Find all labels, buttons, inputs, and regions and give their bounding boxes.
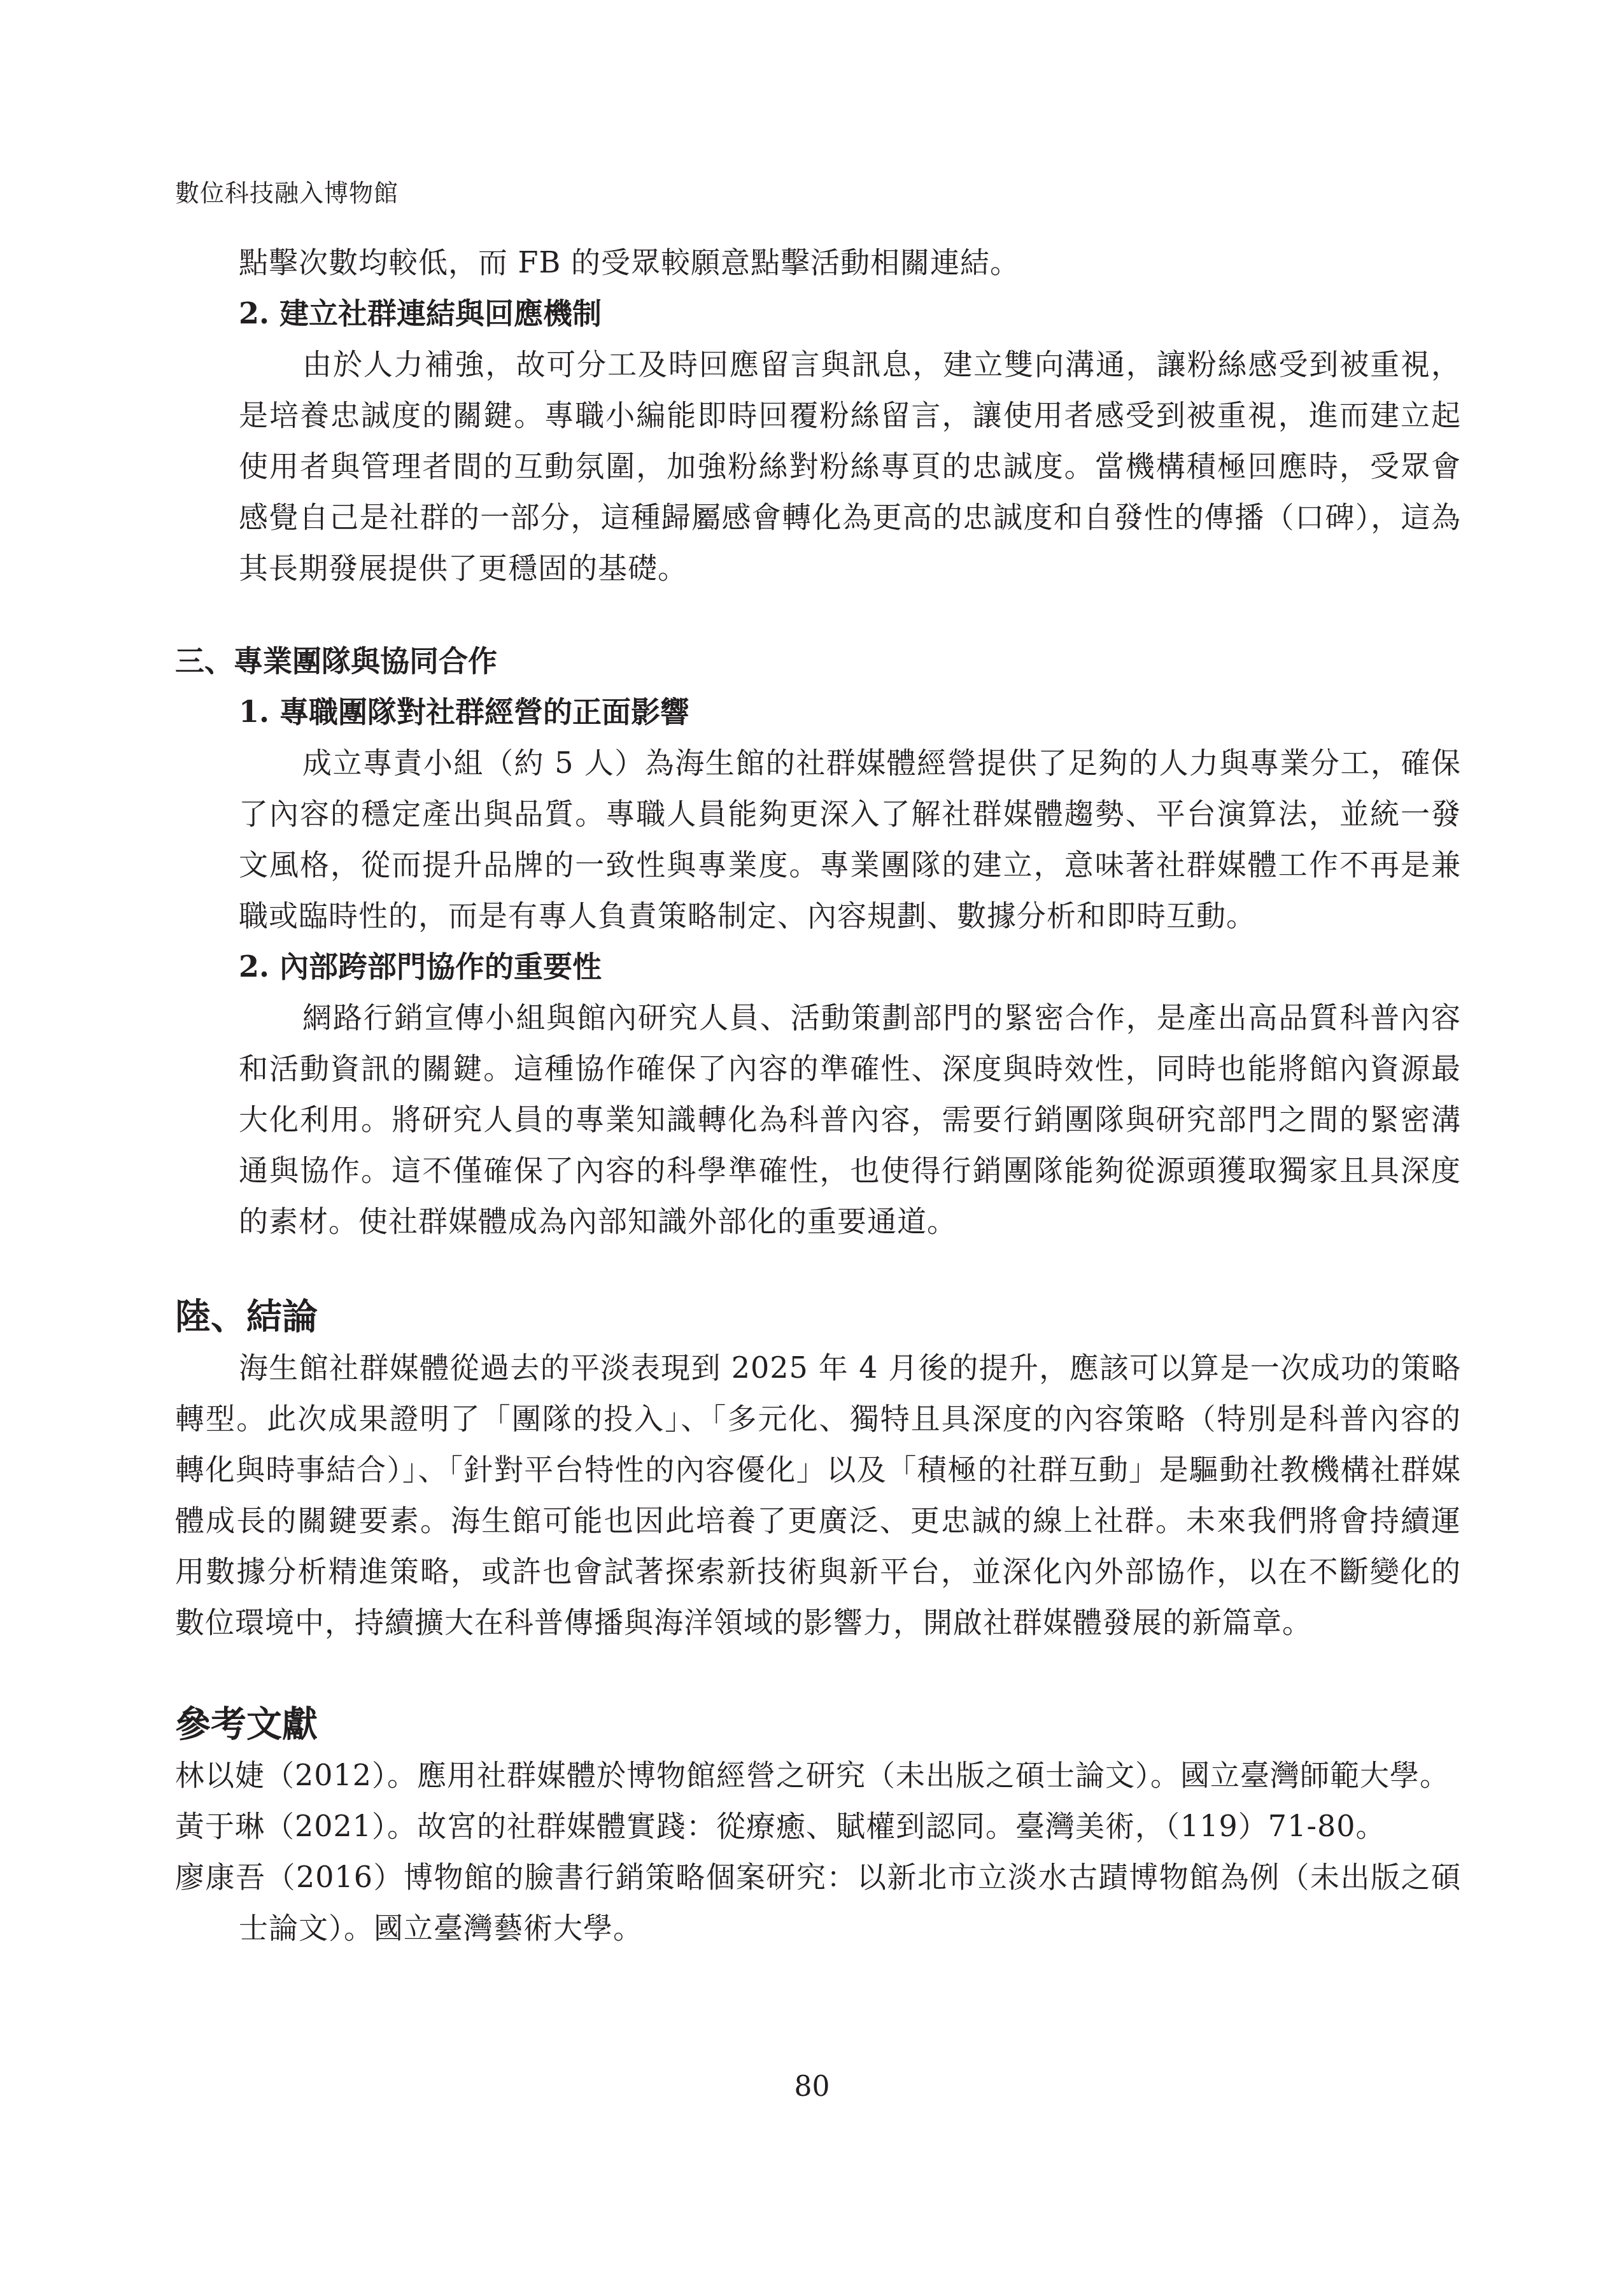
conclusion-heading: 陸、結論: [175, 1291, 1461, 1342]
body-paragraph: 網路行銷宣傳小組與館內研究人員、活動策劃部門的緊密合作，是產出高品質科普內容和活…: [239, 992, 1461, 1247]
body-paragraph: 成立專責小組（約 5 人）為海生館的社群媒體經營提供了足夠的人力與專業分工，確保…: [239, 737, 1461, 941]
reference-entry: 林以婕（2012）。應用社群媒體於博物館經營之研究（未出版之碩士論文）。國立臺灣…: [175, 1750, 1461, 1800]
reference-entry: 黃于琳（2021）。故宮的社群媒體實踐：從療癒、賦權到認同。臺灣美術，（119）…: [175, 1800, 1461, 1851]
section-heading: 三、專業團隊與協同合作: [175, 635, 1461, 686]
subsection-heading: 1. 專職團隊對社群經營的正面影響: [239, 686, 1461, 737]
reference-entry: 廖康吾（2016）博物館的臉書行銷策略個案研究：以新北市立淡水古蹟博物館為例（未…: [175, 1851, 1461, 1953]
references-heading: 參考文獻: [175, 1699, 1461, 1750]
continuation-paragraph: 點擊次數均較低，而 FB 的受眾較願意點擊活動相關連結。: [239, 237, 1461, 288]
conclusion-paragraph: 海生館社群媒體從過去的平淡表現到 2025 年 4 月後的提升，應該可以算是一次…: [175, 1342, 1461, 1648]
subsection-heading: 2. 內部跨部門協作的重要性: [239, 941, 1461, 992]
body-paragraph: 由於人力補強，故可分工及時回應留言與訊息，建立雙向溝通，讓粉絲感受到被重視，是培…: [239, 339, 1461, 593]
running-header: 數位科技融入博物館: [175, 173, 399, 208]
subsection-heading: 2. 建立社群連結與回應機制: [239, 288, 1461, 339]
reference-list: 林以婕（2012）。應用社群媒體於博物館經營之研究（未出版之碩士論文）。國立臺灣…: [175, 1750, 1461, 1953]
page-body: 點擊次數均較低，而 FB 的受眾較願意點擊活動相關連結。 2. 建立社群連結與回…: [175, 237, 1461, 1953]
page-number: 80: [0, 2070, 1624, 2103]
